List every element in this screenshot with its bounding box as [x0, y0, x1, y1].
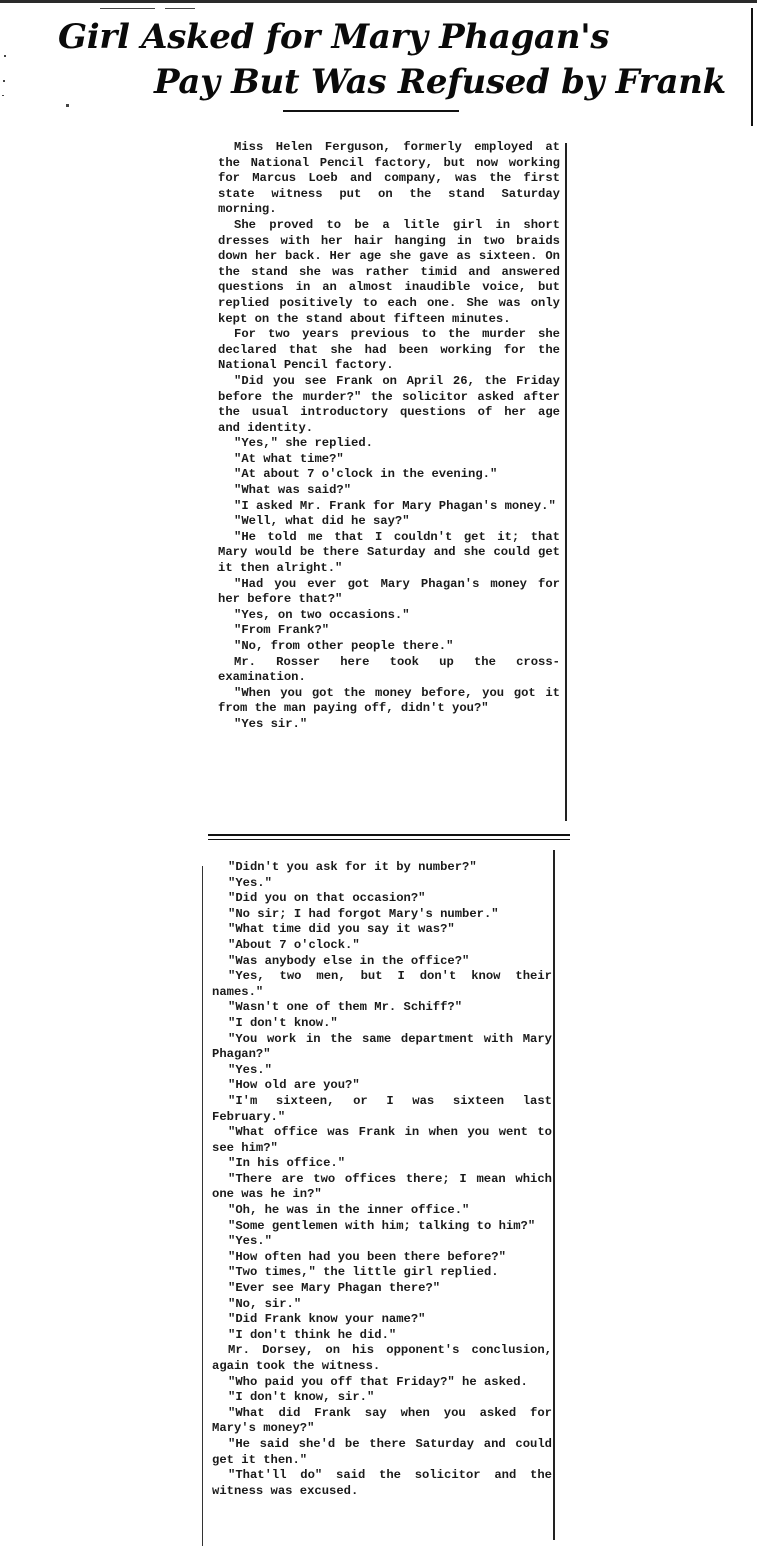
paragraph: "About 7 o'clock." — [212, 938, 552, 954]
paragraph: "What was said?" — [218, 483, 560, 499]
paragraph: "Well, what did he say?" — [218, 514, 560, 530]
paragraph: "Was anybody else in the office?" — [212, 954, 552, 970]
column-rule-right — [751, 8, 753, 126]
scan-top-border — [0, 0, 757, 3]
scan-speck — [165, 8, 195, 9]
paragraph: "In his office." — [212, 1156, 552, 1172]
paragraph: "I'm sixteen, or I was sixteen last Febr… — [212, 1094, 552, 1125]
paragraph: "There are two offices there; I mean whi… — [212, 1172, 552, 1203]
paragraph: "Yes." — [212, 1234, 552, 1250]
paragraph: "At about 7 o'clock in the evening." — [218, 467, 560, 483]
column-2-rule-right — [553, 850, 555, 1540]
paragraph: "He said she'd be there Saturday and cou… — [212, 1437, 552, 1468]
paragraph: "Did you on that occasion?" — [212, 891, 552, 907]
paragraph: "What office was Frank in when you went … — [212, 1125, 552, 1156]
paragraph: "Did Frank know your name?" — [212, 1312, 552, 1328]
paragraph: "I don't think he did." — [212, 1328, 552, 1344]
paragraph: Miss Helen Ferguson, formerly employed a… — [218, 140, 560, 218]
paragraph: "How old are you?" — [212, 1078, 552, 1094]
paragraph: "From Frank?" — [218, 623, 560, 639]
paragraph: "How often had you been there before?" — [212, 1250, 552, 1266]
paragraph: "I don't know, sir." — [212, 1390, 552, 1406]
paragraph: "At what time?" — [218, 452, 560, 468]
paragraph: "Had you ever got Mary Phagan's money fo… — [218, 577, 560, 608]
paragraph: "He told me that I couldn't get it; that… — [218, 530, 560, 577]
paragraph: "Yes," she replied. — [218, 436, 560, 452]
article-column-2: "Didn't you ask for it by number?" "Yes.… — [212, 860, 552, 1499]
paragraph: "No sir; I had forgot Mary's number." — [212, 907, 552, 923]
paragraph: "Who paid you off that Friday?" he asked… — [212, 1375, 552, 1391]
column-1-rule — [565, 143, 567, 821]
paragraph: For two years previous to the murder she… — [218, 327, 560, 374]
scan-speck — [66, 104, 69, 107]
headline-line-1: Girl Asked for Mary Phagan's — [58, 17, 609, 57]
paragraph: "No, sir." — [212, 1297, 552, 1313]
paragraph: "You work in the same department with Ma… — [212, 1032, 552, 1063]
paragraph: "What time did you say it was?" — [212, 922, 552, 938]
paragraph: "No, from other people there." — [218, 639, 560, 655]
paragraph: "Yes sir." — [218, 717, 560, 733]
paragraph: Mr. Rosser here took up the cross-examin… — [218, 655, 560, 686]
paragraph: "Yes." — [212, 876, 552, 892]
column-2-rule-left — [202, 866, 203, 1546]
paragraph: "Wasn't one of them Mr. Schiff?" — [212, 1000, 552, 1016]
paragraph: "Yes, two men, but I don't know their na… — [212, 969, 552, 1000]
headline-line-2: Pay But Was Refused by Frank — [154, 62, 726, 102]
paragraph: "What did Frank say when you asked for M… — [212, 1406, 552, 1437]
paragraph: "Two times," the little girl replied. — [212, 1265, 552, 1281]
paragraph: "Yes." — [212, 1063, 552, 1079]
paragraph: "Did you see Frank on April 26, the Frid… — [218, 374, 560, 436]
paragraph: "That'll do" said the solicitor and the … — [212, 1468, 552, 1499]
paragraph: "Ever see Mary Phagan there?" — [212, 1281, 552, 1297]
article-column-1: Miss Helen Ferguson, formerly employed a… — [218, 140, 560, 733]
paragraph: "Didn't you ask for it by number?" — [212, 860, 552, 876]
headline-rule — [283, 110, 459, 112]
scan-speck — [4, 55, 6, 57]
paragraph: "Some gentlemen with him; talking to him… — [212, 1219, 552, 1235]
scan-speck — [100, 8, 155, 9]
scan-speck — [2, 95, 4, 96]
paragraph: She proved to be a litle girl in short d… — [218, 218, 560, 327]
scan-speck — [3, 80, 5, 82]
paragraph: "Oh, he was in the inner office." — [212, 1203, 552, 1219]
paragraph: "I asked Mr. Frank for Mary Phagan's mon… — [218, 499, 560, 515]
paragraph: "Yes, on two occasions." — [218, 608, 560, 624]
section-divider — [208, 834, 570, 840]
paragraph: "I don't know." — [212, 1016, 552, 1032]
paragraph: Mr. Dorsey, on his opponent's conclusion… — [212, 1343, 552, 1374]
paragraph: "When you got the money before, you got … — [218, 686, 560, 717]
